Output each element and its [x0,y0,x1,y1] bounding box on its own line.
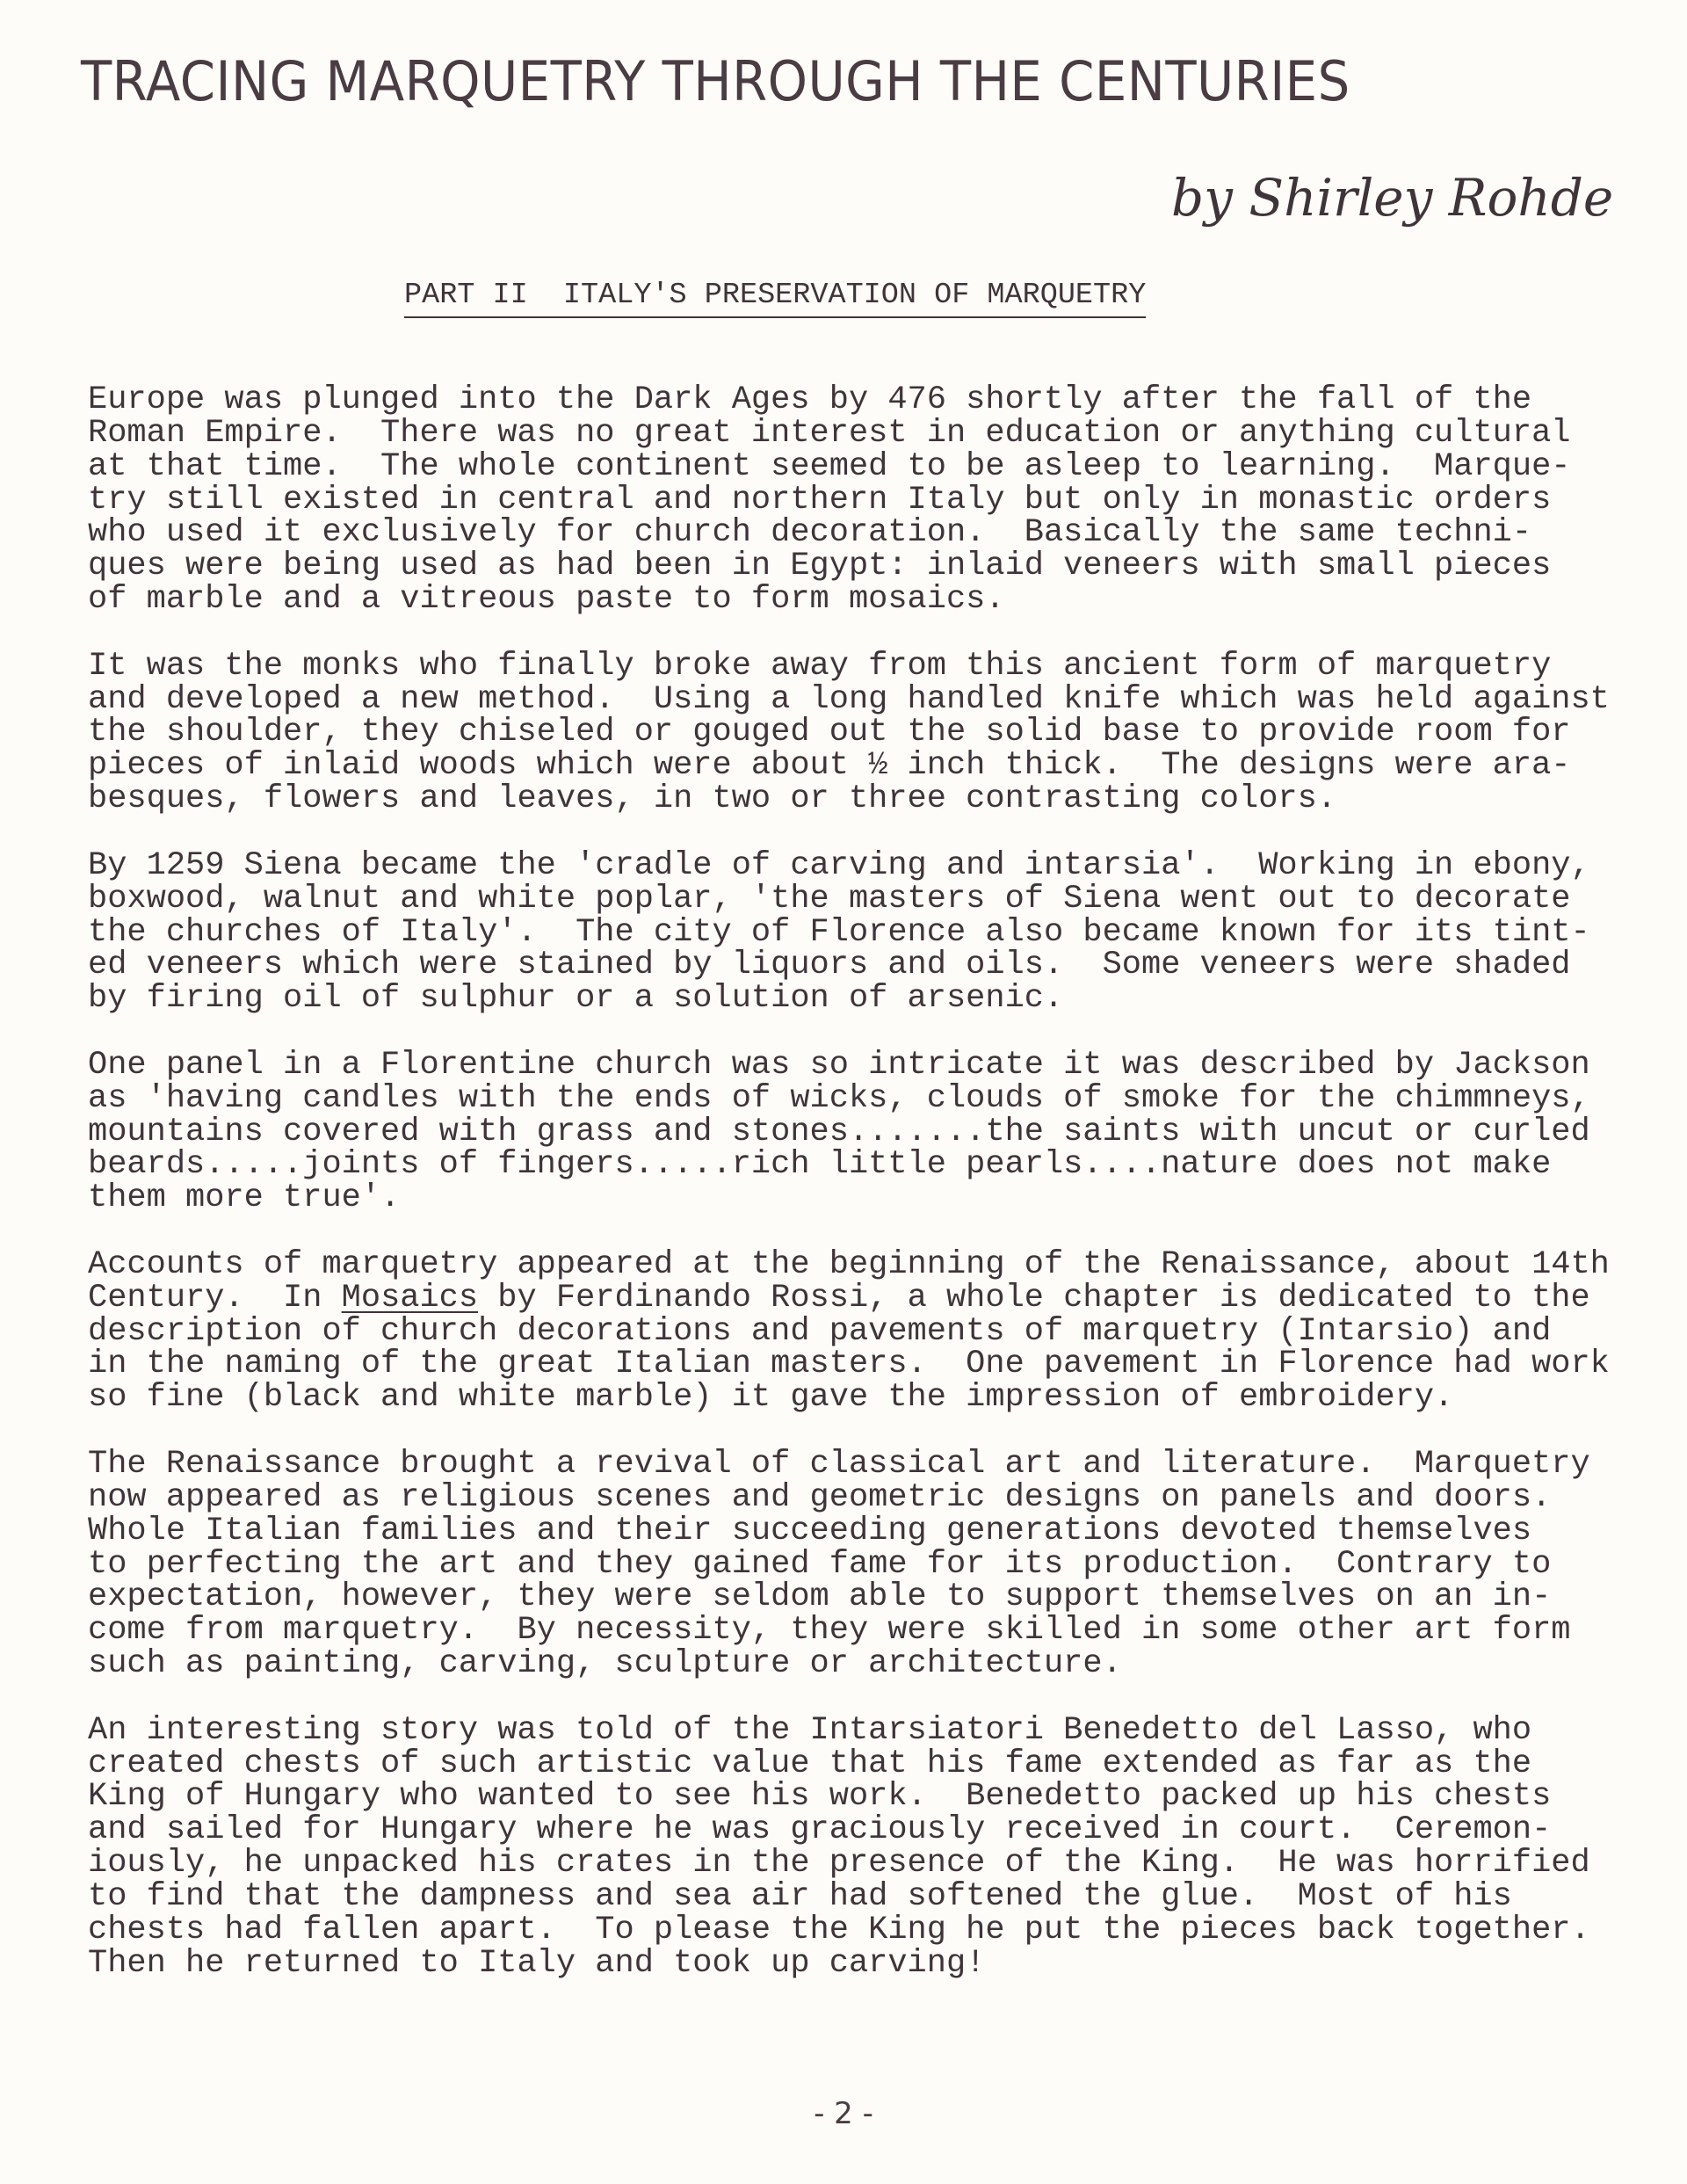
text-line: Whole Italian families and their succeed… [88,1515,1652,1549]
text-line: chests had fallen apart. To please the K… [88,1914,1652,1948]
text-line: such as painting, carving, sculpture or … [88,1648,1652,1681]
underlined-book-title: Mosaics [342,1280,478,1317]
text-line: to perfecting the art and they gained fa… [88,1549,1652,1582]
text-line: King of Hungary who wanted to see his wo… [88,1781,1652,1814]
line-segment: by Ferdinando Rossi, a whole chapter is … [478,1280,1590,1317]
text-line: as 'having candles with the ends of wick… [88,1083,1652,1116]
text-line: by firing oil of sulphur or a solution o… [88,983,1652,1016]
page-number: - 2 - [0,2099,1687,2129]
paragraph: It was the monks who finally broke away … [88,650,1652,816]
text-line: ques were being used as had been in Egyp… [88,550,1652,584]
text-line: and sailed for Hungary where he was grac… [88,1814,1652,1847]
text-line: besques, flowers and leaves, in two or t… [88,783,1652,816]
text-line: An interesting story was told of the Int… [88,1715,1652,1748]
text-line: mountains covered with grass and stones.… [88,1116,1652,1150]
text-line: beards.....joints of fingers.....rich li… [88,1149,1652,1182]
text-line: so fine (black and white marble) it gave… [88,1382,1652,1415]
article-body: Europe was plunged into the Dark Ages by… [88,384,1652,2013]
paragraph: By 1259 Siena became the 'cradle of carv… [88,850,1652,1016]
text-line: and developed a new method. Using a long… [88,684,1652,717]
section-subtitle: PART II ITALY'S PRESERVATION OF MARQUETR… [404,281,1146,318]
paragraph: The Renaissance brought a revival of cla… [88,1448,1652,1681]
text-line: The Renaissance brought a revival of cla… [88,1448,1652,1482]
text-line: at that time. The whole continent seemed… [88,451,1652,484]
text-line: who used it exclusively for church decor… [88,517,1652,550]
text-line: By 1259 Siena became the 'cradle of carv… [88,850,1652,883]
paragraph: Accounts of marquetry appeared at the be… [88,1249,1652,1415]
text-line: description of church decorations and pa… [88,1316,1652,1349]
text-line: in the naming of the great Italian maste… [88,1348,1652,1382]
text-line: the churches of Italy'. The city of Flor… [88,917,1652,950]
text-line: of marble and a vitreous paste to form m… [88,584,1652,617]
paragraph: One panel in a Florentine church was so … [88,1049,1652,1215]
text-line: Roman Empire. There was no great interes… [88,417,1652,451]
article-title: TRACING MARQUETRY THROUGH THE CENTURIES [81,54,1350,109]
text-line: created chests of such artistic value th… [88,1748,1652,1781]
text-line: Century. In Mosaics by Ferdinando Rossi,… [88,1282,1652,1316]
text-line: pieces of inlaid woods which were about … [88,750,1652,783]
text-line: expectation, however, they were seldom a… [88,1581,1652,1614]
text-line: them more true'. [88,1182,1652,1215]
text-line: try still existed in central and norther… [88,484,1652,518]
author-byline: by Shirley Rohde [1171,172,1613,223]
line-segment: Century. In [88,1280,342,1317]
text-line: to find that the dampness and sea air ha… [88,1881,1652,1914]
document-page: TRACING MARQUETRY THROUGH THE CENTURIES … [0,0,1687,2184]
text-line: Accounts of marquetry appeared at the be… [88,1249,1652,1282]
text-line: boxwood, walnut and white poplar, 'the m… [88,883,1652,917]
paragraph: An interesting story was told of the Int… [88,1715,1652,1981]
text-line: Then he returned to Italy and took up ca… [88,1948,1652,1981]
text-line: the shoulder, they chiseled or gouged ou… [88,716,1652,750]
text-line: come from marquetry. By necessity, they … [88,1614,1652,1648]
text-line: Europe was plunged into the Dark Ages by… [88,384,1652,417]
text-line: One panel in a Florentine church was so … [88,1049,1652,1083]
text-line: now appeared as religious scenes and geo… [88,1482,1652,1515]
text-line: It was the monks who finally broke away … [88,650,1652,684]
text-line: iously, he unpacked his crates in the pr… [88,1847,1652,1881]
text-line: ed veneers which were stained by liquors… [88,949,1652,983]
paragraph: Europe was plunged into the Dark Ages by… [88,384,1652,617]
